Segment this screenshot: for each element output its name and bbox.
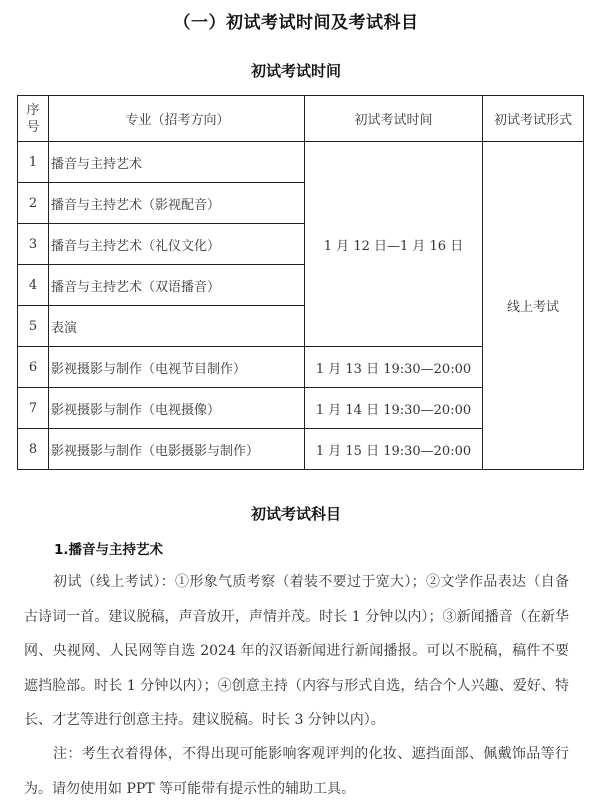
- section-title: （一）初试考试时间及考试科目: [0, 8, 592, 33]
- subject-description: 初试（线上考试）：①形象气质考察（着装不要过于宽大）；②文学作品表达（自备古诗词…: [24, 565, 569, 738]
- header-form: 初试考试形式: [483, 96, 584, 142]
- subject-heading: 1.播音与主持艺术: [54, 538, 163, 558]
- exam-schedule-table: 序 号 专业（招考方向） 初试考试时间 初试考试形式 1 播音与主持艺术 1 月…: [17, 95, 584, 470]
- row-time: 1 月 15 日 19:30—20:00: [305, 429, 483, 470]
- header-index: 序 号: [18, 96, 49, 142]
- row-index: 5: [18, 306, 49, 347]
- row-index: 6: [18, 347, 49, 388]
- row-major: 播音与主持艺术（双语播音）: [49, 265, 305, 306]
- row-major: 影视摄影与制作（电视节目制作）: [49, 347, 305, 388]
- row-major: 表演: [49, 306, 305, 347]
- row-index: 1: [18, 142, 49, 183]
- schedule-title: 初试考试时间: [0, 60, 592, 81]
- header-time: 初试考试时间: [305, 96, 483, 142]
- row-index: 2: [18, 183, 49, 224]
- row-index: 8: [18, 429, 49, 470]
- header-index-line2: 号: [18, 119, 48, 136]
- row-index: 7: [18, 388, 49, 429]
- row-major: 播音与主持艺术: [49, 142, 305, 183]
- subject-note: 注：考生衣着得体，不得出现可能影响客观评判的化妆、遮挡面部、佩戴饰品等行为。请勿…: [24, 737, 569, 806]
- row-index: 4: [18, 265, 49, 306]
- row-major: 播音与主持艺术（影视配音）: [49, 183, 305, 224]
- row-form-merged: 线上考试: [483, 142, 584, 470]
- header-major: 专业（招考方向）: [49, 96, 305, 142]
- table-row: 1 播音与主持艺术 1 月 12 日—1 月 16 日 线上考试: [18, 142, 584, 183]
- table-header-row: 序 号 专业（招考方向） 初试考试时间 初试考试形式: [18, 96, 584, 142]
- row-time: 1 月 14 日 19:30—20:00: [305, 388, 483, 429]
- row-major: 播音与主持艺术（礼仪文化）: [49, 224, 305, 265]
- subjects-title: 初试考试科目: [0, 503, 592, 524]
- row-time-merged: 1 月 12 日—1 月 16 日: [305, 142, 483, 347]
- row-time: 1 月 13 日 19:30—20:00: [305, 347, 483, 388]
- row-major: 影视摄影与制作（电影摄影与制作）: [49, 429, 305, 470]
- row-major: 影视摄影与制作（电视摄像）: [49, 388, 305, 429]
- header-index-line1: 序: [18, 102, 48, 119]
- row-index: 3: [18, 224, 49, 265]
